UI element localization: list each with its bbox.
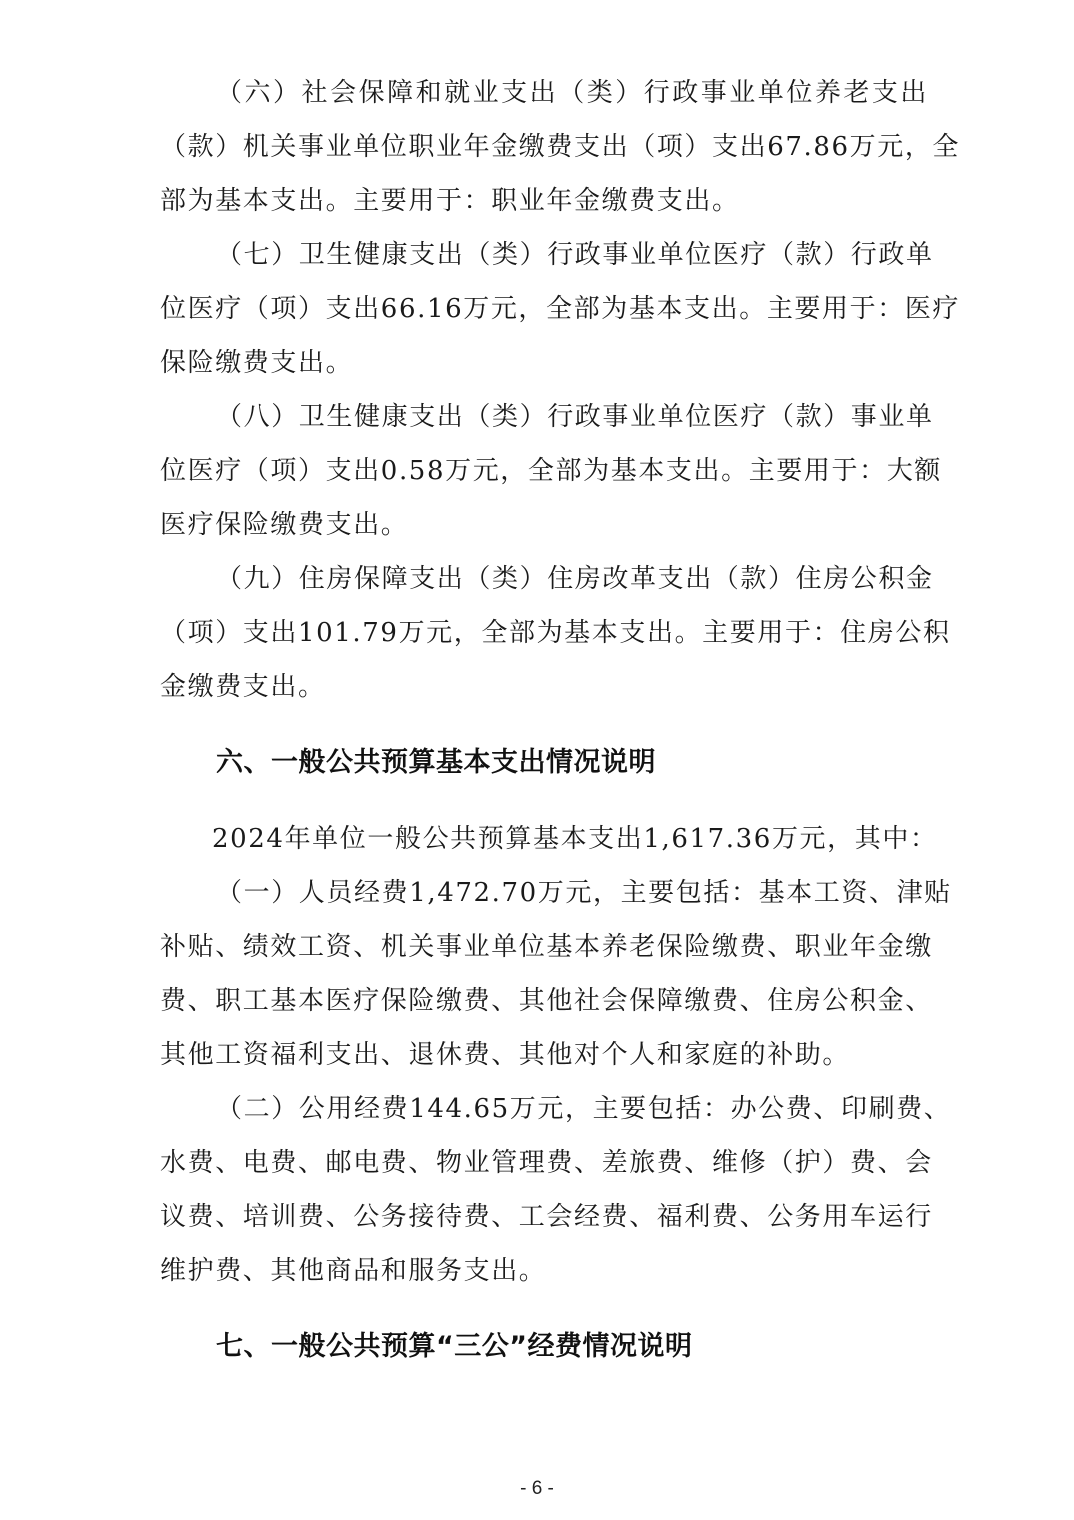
section-heading: 七、一般公共预算“三公”经费情况说明 (216, 1327, 693, 1367)
paragraph-line: 其他工资福利支出、退休费、其他对个人和家庭的补助。 (160, 1035, 928, 1075)
paragraph-line: （六）社会保障和就业支出（类）行政事业单位养老支出 (216, 73, 928, 113)
paragraph-line: 补贴、绩效工资、机关事业单位基本养老保险缴费、职业年金缴 (160, 927, 928, 967)
paragraph-line: 维护费、其他商品和服务支出。 (160, 1251, 928, 1291)
paragraph-line: （款）机关事业单位职业年金缴费支出（项）支出67.86万元，全 (160, 127, 928, 167)
paragraph-line: 位医疗（项）支出66.16万元，全部为基本支出。主要用于：医疗 (160, 289, 928, 329)
paragraph-line: 议费、培训费、公务接待费、工会经费、福利费、公务用车运行 (160, 1197, 928, 1237)
paragraph-line: （二）公用经费144.65万元，主要包括：办公费、印刷费、 (216, 1089, 928, 1129)
document-page: （六）社会保障和就业支出（类）行政事业单位养老支出 （款）机关事业单位职业年金缴… (0, 0, 1074, 1520)
paragraph-line: 部为基本支出。主要用于：职业年金缴费支出。 (160, 181, 928, 221)
paragraph-line: 费、职工基本医疗保险缴费、其他社会保障缴费、住房公积金、 (160, 981, 928, 1021)
paragraph-line: 医疗保险缴费支出。 (160, 505, 928, 545)
section-intro: 2024年单位一般公共预算基本支出1,617.36万元，其中： (212, 819, 924, 859)
paragraph-line: 位医疗（项）支出0.58万元，全部为基本支出。主要用于：大额 (160, 451, 928, 491)
page-number: - 6 - (0, 1478, 1074, 1500)
paragraph-line: 金缴费支出。 (160, 667, 928, 707)
paragraph-line: 保险缴费支出。 (160, 343, 928, 383)
paragraph-line: （七）卫生健康支出（类）行政事业单位医疗（款）行政单 (216, 235, 928, 275)
paragraph-line: （九）住房保障支出（类）住房改革支出（款）住房公积金 (216, 559, 928, 599)
paragraph-line: （一）人员经费1,472.70万元，主要包括：基本工资、津贴 (216, 873, 928, 913)
paragraph-line: （项）支出101.79万元，全部为基本支出。主要用于：住房公积 (160, 613, 928, 653)
paragraph-line: （八）卫生健康支出（类）行政事业单位医疗（款）事业单 (216, 397, 928, 437)
paragraph-line: 水费、电费、邮电费、物业管理费、差旅费、维修（护）费、会 (160, 1143, 928, 1183)
section-heading: 六、一般公共预算基本支出情况说明 (216, 743, 656, 783)
